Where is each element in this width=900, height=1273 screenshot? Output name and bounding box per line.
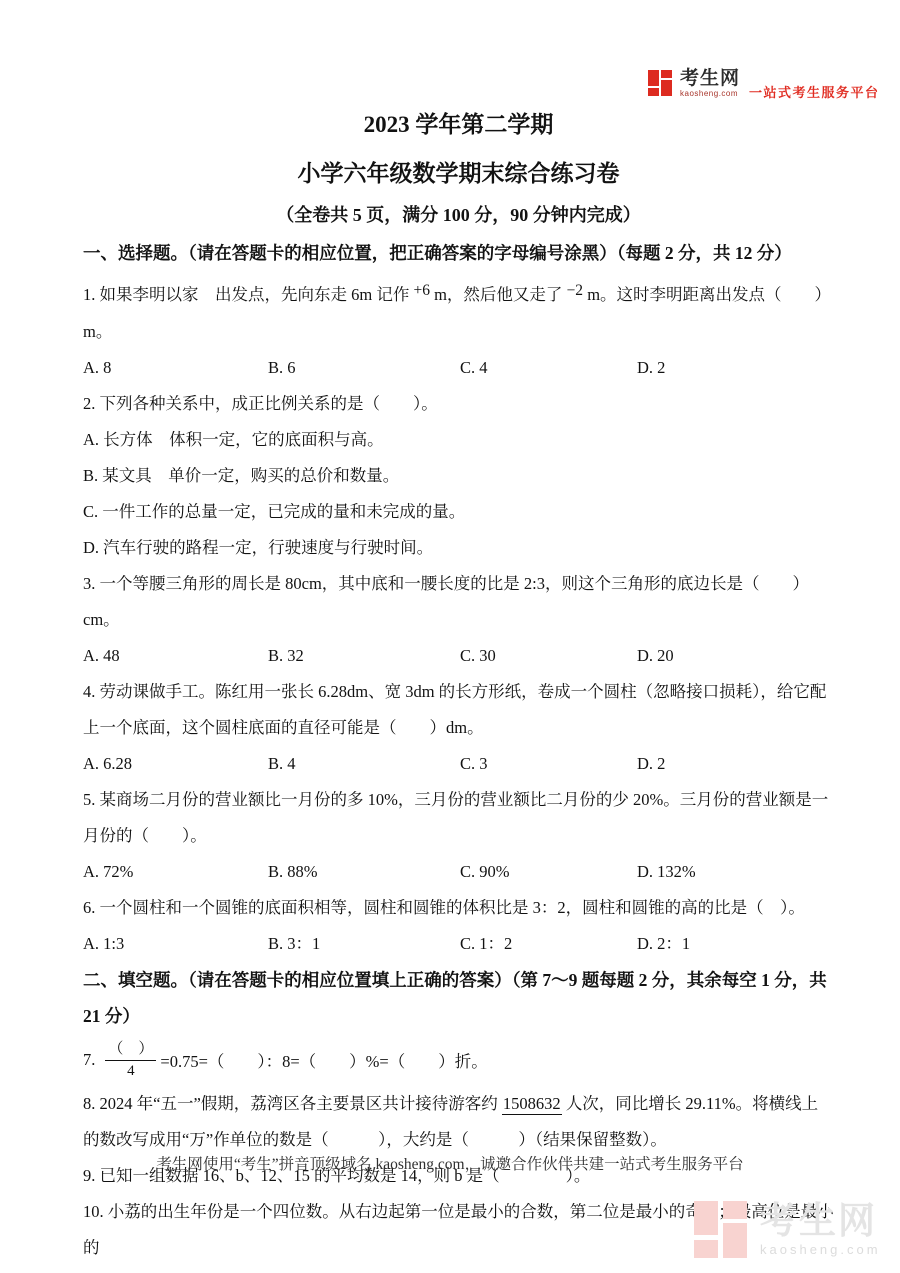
option-c: C. 4 xyxy=(460,350,637,386)
title-term: 2023 学年第二学期 xyxy=(83,108,834,142)
option-c: C. 1：2 xyxy=(460,926,637,962)
question-4-options: A. 6.28 B. 4 C. 3 D. 2 xyxy=(83,746,834,782)
option-a: A. 8 xyxy=(83,350,268,386)
option-d: D. 2 xyxy=(637,746,834,782)
option-d: D. 2：1 xyxy=(637,926,834,962)
watermark-name: 考生网 xyxy=(760,1202,881,1239)
q1-text: 1. 如果李明以家 出发点，先向东走 6m 记作 xyxy=(83,285,413,304)
question-2-stem: 2. 下列各种关系中，成正比例关系的是（ ）。 xyxy=(83,386,834,422)
logo-tagline: 一站式考生服务平台 xyxy=(749,82,880,104)
question-3-stem: 3. 一个等腰三角形的周长是 80cm，其中底和一腰长度的比是 2:3，则这个三… xyxy=(83,566,834,638)
logo-block xyxy=(661,70,672,78)
section-choice-heading: 一、选择题。（请在答题卡的相应位置，把正确答案的字母编号涂黑）（每题 2 分，共… xyxy=(83,237,834,269)
option-d: D. 2 xyxy=(637,350,834,386)
watermark-block xyxy=(723,1201,747,1219)
option-d: D. 20 xyxy=(637,638,834,674)
kaosheng-watermark: 考生网 kaosheng.com xyxy=(694,1198,881,1260)
logo-name: 考生网 xyxy=(680,69,740,88)
logo-text-column: 考生网 kaosheng.com xyxy=(680,69,740,98)
option-c: C. 3 xyxy=(460,746,637,782)
q7-fraction: （ ） 4 xyxy=(105,1040,156,1081)
question-3-options: A. 48 B. 32 C. 30 D. 20 xyxy=(83,638,834,674)
option-c: C. 90% xyxy=(460,854,637,890)
exam-paper-page: 考生网 kaosheng.com 一站式考生服务平台 2023 学年第二学期 小… xyxy=(0,0,900,1273)
logo-block xyxy=(661,80,672,96)
footer-note: 考生网使用“考生”拼音顶级域名 kaosheng.com，诚邀合作伙伴共建一站式… xyxy=(0,1152,900,1178)
option-b: B. 4 xyxy=(268,746,460,782)
q7-fraction-denominator: 4 xyxy=(127,1061,135,1081)
q8-underlined-number: 1508632 xyxy=(502,1094,562,1115)
question-7-stem: 7. （ ） 4 =0.75=（ ）：8=（ ）%=（ ）折。 xyxy=(83,1034,834,1086)
logo-block xyxy=(648,88,659,96)
watermark-block xyxy=(694,1240,718,1258)
question-2-option-d: D. 汽车行驶的路程一定，行驶速度与行驶时间。 xyxy=(83,530,834,566)
option-a: A. 1:3 xyxy=(83,926,268,962)
question-8-stem: 8. 2024 年“五一”假期，荔湾区各主要景区共计接待游客约 1508632 … xyxy=(83,1086,834,1158)
logo-block xyxy=(648,70,659,86)
title-meta: （全卷共 5 页，满分 100 分，90 分钟内完成） xyxy=(83,200,834,230)
watermark-domain: kaosheng.com xyxy=(760,1243,881,1256)
watermark-text-column: 考生网 kaosheng.com xyxy=(760,1202,881,1256)
question-4-stem: 4. 劳动课做手工。陈红用一张长 6.28dm、宽 3dm 的长方形纸，卷成一个… xyxy=(83,674,834,746)
option-b: B. 88% xyxy=(268,854,460,890)
option-b: B. 32 xyxy=(268,638,460,674)
q7-number: 7. xyxy=(83,1050,95,1070)
question-6-options: A. 1:3 B. 3：1 C. 1：2 D. 2：1 xyxy=(83,926,834,962)
option-b: B. 6 xyxy=(268,350,460,386)
q1-superscript-plus6: +6 xyxy=(413,282,430,299)
question-6-stem: 6. 一个圆柱和一个圆锥的底面积相等，圆柱和圆锥的体积比是 3：2，圆柱和圆锥的… xyxy=(83,890,834,926)
option-c: C. 30 xyxy=(460,638,637,674)
question-2-option-a: A. 长方体 体积一定，它的底面积与高。 xyxy=(83,422,834,458)
question-2-option-c: C. 一件工作的总量一定，已完成的量和未完成的量。 xyxy=(83,494,834,530)
q7-fraction-numerator: （ ） xyxy=(105,1040,156,1061)
logo-domain: kaosheng.com xyxy=(680,90,740,98)
option-a: A. 48 xyxy=(83,638,268,674)
option-a: A. 72% xyxy=(83,854,268,890)
option-a: A. 6.28 xyxy=(83,746,268,782)
q1-text: m，然后他又走了 xyxy=(430,285,567,304)
exam-content: 2023 学年第二学期 小学六年级数学期末综合练习卷 （全卷共 5 页，满分 1… xyxy=(83,108,834,1266)
title-exam: 小学六年级数学期末综合练习卷 xyxy=(83,157,834,191)
watermark-block xyxy=(694,1201,718,1235)
question-5-stem: 5. 某商场二月份的营业额比一月份的多 10%，三月份的营业额比二月份的少 20… xyxy=(83,782,834,854)
kaosheng-logo-icon xyxy=(648,69,675,97)
option-d: D. 132% xyxy=(637,854,834,890)
kaosheng-watermark-icon xyxy=(694,1198,752,1260)
watermark-block xyxy=(723,1223,747,1258)
q1-superscript-minus2: −2 xyxy=(567,282,584,299)
question-1-options: A. 8 B. 6 C. 4 D. 2 xyxy=(83,350,834,386)
kaosheng-logo: 考生网 kaosheng.com 一站式考生服务平台 xyxy=(648,62,880,104)
question-1-stem: 1. 如果李明以家 出发点，先向东走 6m 记作 +6 m，然后他又走了 −2 … xyxy=(83,277,834,350)
q7-equation: =0.75=（ ）：8=（ ）%=（ ）折。 xyxy=(160,1048,487,1072)
q8-text: 8. 2024 年“五一”假期，荔湾区各主要景区共计接待游客约 xyxy=(83,1094,502,1113)
section-fill-heading: 二、填空题。（请在答题卡的相应位置填上正确的答案）（第 7～9 题每题 2 分，… xyxy=(83,962,834,1034)
question-5-options: A. 72% B. 88% C. 90% D. 132% xyxy=(83,854,834,890)
question-2-option-b: B. 某文具 单价一定，购买的总价和数量。 xyxy=(83,458,834,494)
option-b: B. 3：1 xyxy=(268,926,460,962)
